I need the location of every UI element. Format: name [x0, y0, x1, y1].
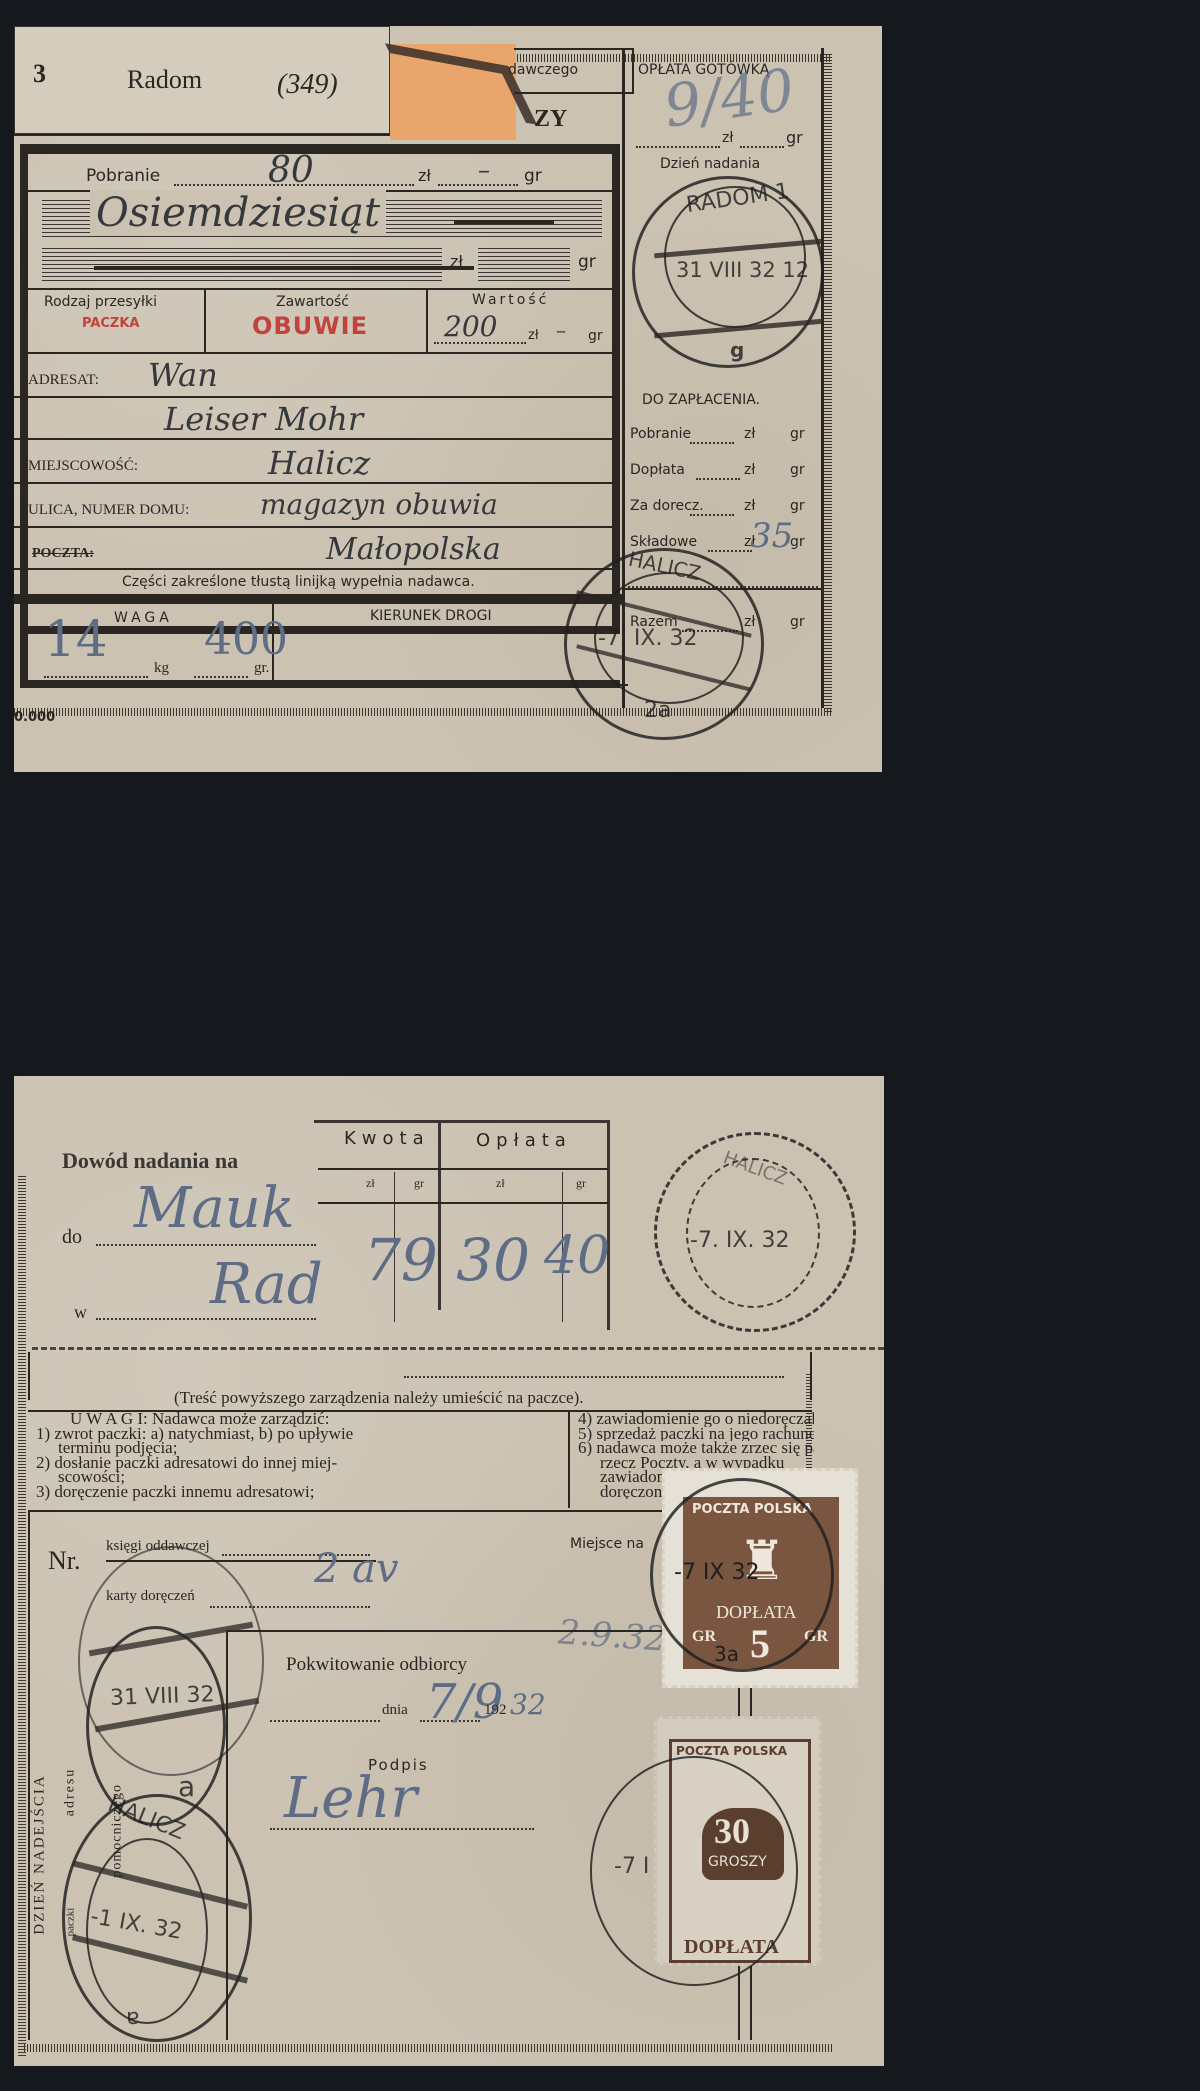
remark-line: 6) nadawca może także zrzec się paczki n… [574, 1441, 814, 1456]
proof-in-dots [96, 1318, 316, 1320]
address-rule-2 [14, 438, 612, 440]
street-value: magazyn obuwia [260, 488, 498, 521]
to-pay-row-dots [696, 478, 740, 480]
receipt-day-dots [270, 1720, 380, 1722]
shipment-type-value: PACZKA [82, 316, 140, 331]
to-pay-title: DO ZAPŁACENIA. [642, 392, 760, 408]
sticker-code: (349) [277, 69, 338, 101]
weight-label: WAGA [114, 610, 173, 626]
perforation-line [32, 1344, 884, 1350]
fee-title: Opłata [476, 1130, 572, 1151]
receipt-title: Pokwitowanie odbiorcy [286, 1654, 467, 1676]
weight-gr-handwritten: 400 [204, 614, 288, 665]
cash-fee-gr-dots [740, 146, 784, 148]
cod-gr-value: – [478, 156, 490, 184]
remarks-left: U W A G I: Nadawca może zarządzić:1) zwr… [28, 1412, 570, 1508]
remark-line: 5) sprzedaż paczki na jego rachunek i ry… [574, 1427, 814, 1442]
cod-gr-dots [438, 184, 518, 186]
postmark-stamp-5gr-date: -7 IX 32 [674, 1560, 759, 1585]
contents-value: OBUWIE [252, 312, 368, 340]
weight-kg-handwritten: 14 [44, 610, 108, 668]
postmark-mid-date: 31 VIII 32 [110, 1682, 215, 1711]
receipt-day-label: dnia [382, 1702, 408, 1719]
cod-gr-label: gr [524, 166, 542, 186]
value-handwritten: 200 [444, 310, 497, 343]
address-rule-4 [14, 526, 612, 528]
shipment-type-label: Rodzaj przesyłki [44, 294, 157, 310]
remark-line: 4) zawiadomienie go o niedoręczalności p… [574, 1412, 814, 1427]
post-office-label: POCZTA: [32, 546, 94, 562]
header-partial-title: ZY [534, 106, 567, 133]
arrival-day-sub1: adresu [62, 1768, 78, 1817]
cod-amount-handwritten: 80 [268, 150, 314, 191]
to-pay-total-gr: gr [790, 614, 805, 630]
receipt-sign-dots [270, 1828, 534, 1830]
posting-day-label: Dzień nadania [660, 156, 760, 172]
weight-kg-label: kg [154, 660, 169, 677]
to-pay-row-dots [690, 514, 734, 516]
nr-label: Nr. [48, 1546, 81, 1576]
to-pay-row-value: 35 [750, 516, 793, 556]
amount-handwritten: 79 30 [364, 1226, 530, 1294]
address-rule-3 [14, 482, 612, 484]
addressee-line2: Leiser Mohr [164, 400, 363, 438]
instruction-note: (Treść powyższego zarządzenia należy umi… [174, 1388, 584, 1408]
postmark-radom-date: 31 VIII 32 12 [676, 258, 809, 282]
weight-bottom-rule [28, 684, 628, 686]
weight-gr-label: gr. [254, 660, 269, 677]
receipt-year-value: 32 [510, 1688, 546, 1721]
shipment-col-divider-2 [426, 288, 428, 354]
addressee-line1: Wan [148, 356, 218, 394]
to-pay-row-label: Pobranie [630, 426, 691, 442]
to-pay-row-gr: gr [790, 462, 805, 478]
receipt-signature: Lehr [284, 1766, 417, 1831]
value-label: Wartość [472, 292, 549, 308]
sender-fill-note: Części zakreślone tłustą linijką wypełni… [122, 574, 475, 590]
address-rule-1 [14, 396, 612, 398]
street-label: ULICA, NUMER DOMU: [28, 502, 189, 519]
locality-label: MIEJSCOWOŚĆ: [28, 458, 138, 475]
left-border-hatch [18, 1176, 26, 2056]
postmark-halicz-top-date: -7. IX. 32 [690, 1228, 789, 1253]
to-pay-row-gr: gr [790, 426, 805, 442]
fee-zl-label: zł [496, 1176, 505, 1191]
cod-strike-1 [454, 220, 554, 224]
header-partial-text: dawczego [508, 62, 578, 78]
fee-handwritten: 40 [544, 1226, 610, 1286]
book-value: 2 av [314, 1546, 399, 1592]
print-run-number: 0.000 [14, 710, 55, 725]
postmark-mid-outer [78, 1546, 264, 1776]
postmark-stamp-30gr-date: -7 I [614, 1854, 649, 1879]
value-gr-label: gr [588, 328, 603, 344]
weight-route-frame [20, 600, 620, 688]
office-sticker: 3 Radom (349) [14, 26, 390, 134]
proof-town-handwritten: Rad [210, 1252, 323, 1317]
cod-strike-2 [94, 266, 474, 270]
route-label: KIERUNEK DROGI [370, 608, 492, 624]
cod-gr-label-2: gr [578, 252, 596, 272]
cod-words-handwritten: Osiemdziesiąt [90, 190, 386, 236]
addressee-label: ADRESAT: [28, 372, 99, 389]
locality-value: Halicz [268, 444, 370, 482]
weight-gr-dots [194, 676, 248, 678]
amount-fee-table [314, 1120, 610, 1330]
receipt-year-label: 192 [484, 1702, 507, 1719]
remark-line: 3) doręczenie paczki innemu adresatowi; [28, 1485, 568, 1500]
to-pay-row-zl: zł [744, 462, 755, 478]
address-rule-5 [14, 568, 612, 570]
cod-zl-label-2: zł [450, 252, 463, 271]
postmark-radom-suffix: g [730, 338, 744, 362]
to-pay-row-dots [708, 550, 752, 552]
value-dots [434, 342, 526, 344]
postmark-halicz-upper-date: -7. IX. 32 [598, 626, 697, 651]
weight-kg-dots [44, 676, 148, 678]
post-office-value: Małopolska [326, 532, 501, 567]
postmark-stamp-5gr-suffix: 3a [714, 1642, 739, 1666]
proof-to-dots [96, 1244, 316, 1246]
fee-gr-label: gr [576, 1176, 586, 1191]
arrival-day-label: DZIEŃ NADEJŚCIA [32, 1774, 49, 1934]
value-gr-value: – [556, 318, 566, 342]
contents-label: Zawartość [276, 294, 349, 310]
amount-zl-label: zł [366, 1176, 375, 1191]
cod-label: Pobranie [86, 166, 160, 186]
amount-title: Kwota [344, 1128, 430, 1149]
place-label: Miejsce na [570, 1536, 644, 1552]
parcel-receipt-form: Dowód nadania na do w Mauk Rad Kwota zł … [14, 1076, 884, 2066]
to-pay-row-label: Za dorecz. [630, 498, 704, 514]
cod-zl-label: zł [418, 166, 431, 185]
border-right-hatch [824, 54, 832, 714]
proof-title: Dowód nadania na [62, 1148, 238, 1174]
to-pay-row-dots [690, 442, 734, 444]
postmark-halicz-upper-suffix: 2a [644, 698, 671, 723]
postmark-low-suffix: a [126, 2006, 139, 2031]
instruction-dots [404, 1376, 784, 1378]
value-zl-label: zł [528, 328, 539, 343]
cash-fee-gr-label: gr [786, 128, 803, 147]
to-pay-row-gr: gr [790, 498, 805, 514]
to-pay-row-zl: zł [744, 498, 755, 514]
proof-to-label: do [62, 1226, 82, 1249]
amount-gr-label: gr [414, 1176, 424, 1191]
sticker-office: Radom [127, 65, 202, 95]
bottom-border-hatch [24, 2044, 832, 2052]
to-pay-row-zl: zł [744, 426, 755, 442]
sticker-number: 3 [33, 59, 46, 89]
amount-fee-rule-2 [318, 1202, 608, 1204]
proof-name-handwritten: Mauk [134, 1176, 295, 1241]
cod-words-ruling-3 [478, 248, 570, 284]
parcel-dispatch-form: 3 Radom (349) dawczego ZY OPŁATA GOTÓWKĄ… [14, 26, 882, 772]
cash-fee-zl-dots [636, 146, 720, 148]
shipment-col-divider-1 [204, 288, 206, 354]
proof-in-label: w [74, 1302, 87, 1323]
amount-fee-rule-1 [318, 1168, 608, 1170]
to-pay-row-label: Dopłata [630, 462, 685, 478]
